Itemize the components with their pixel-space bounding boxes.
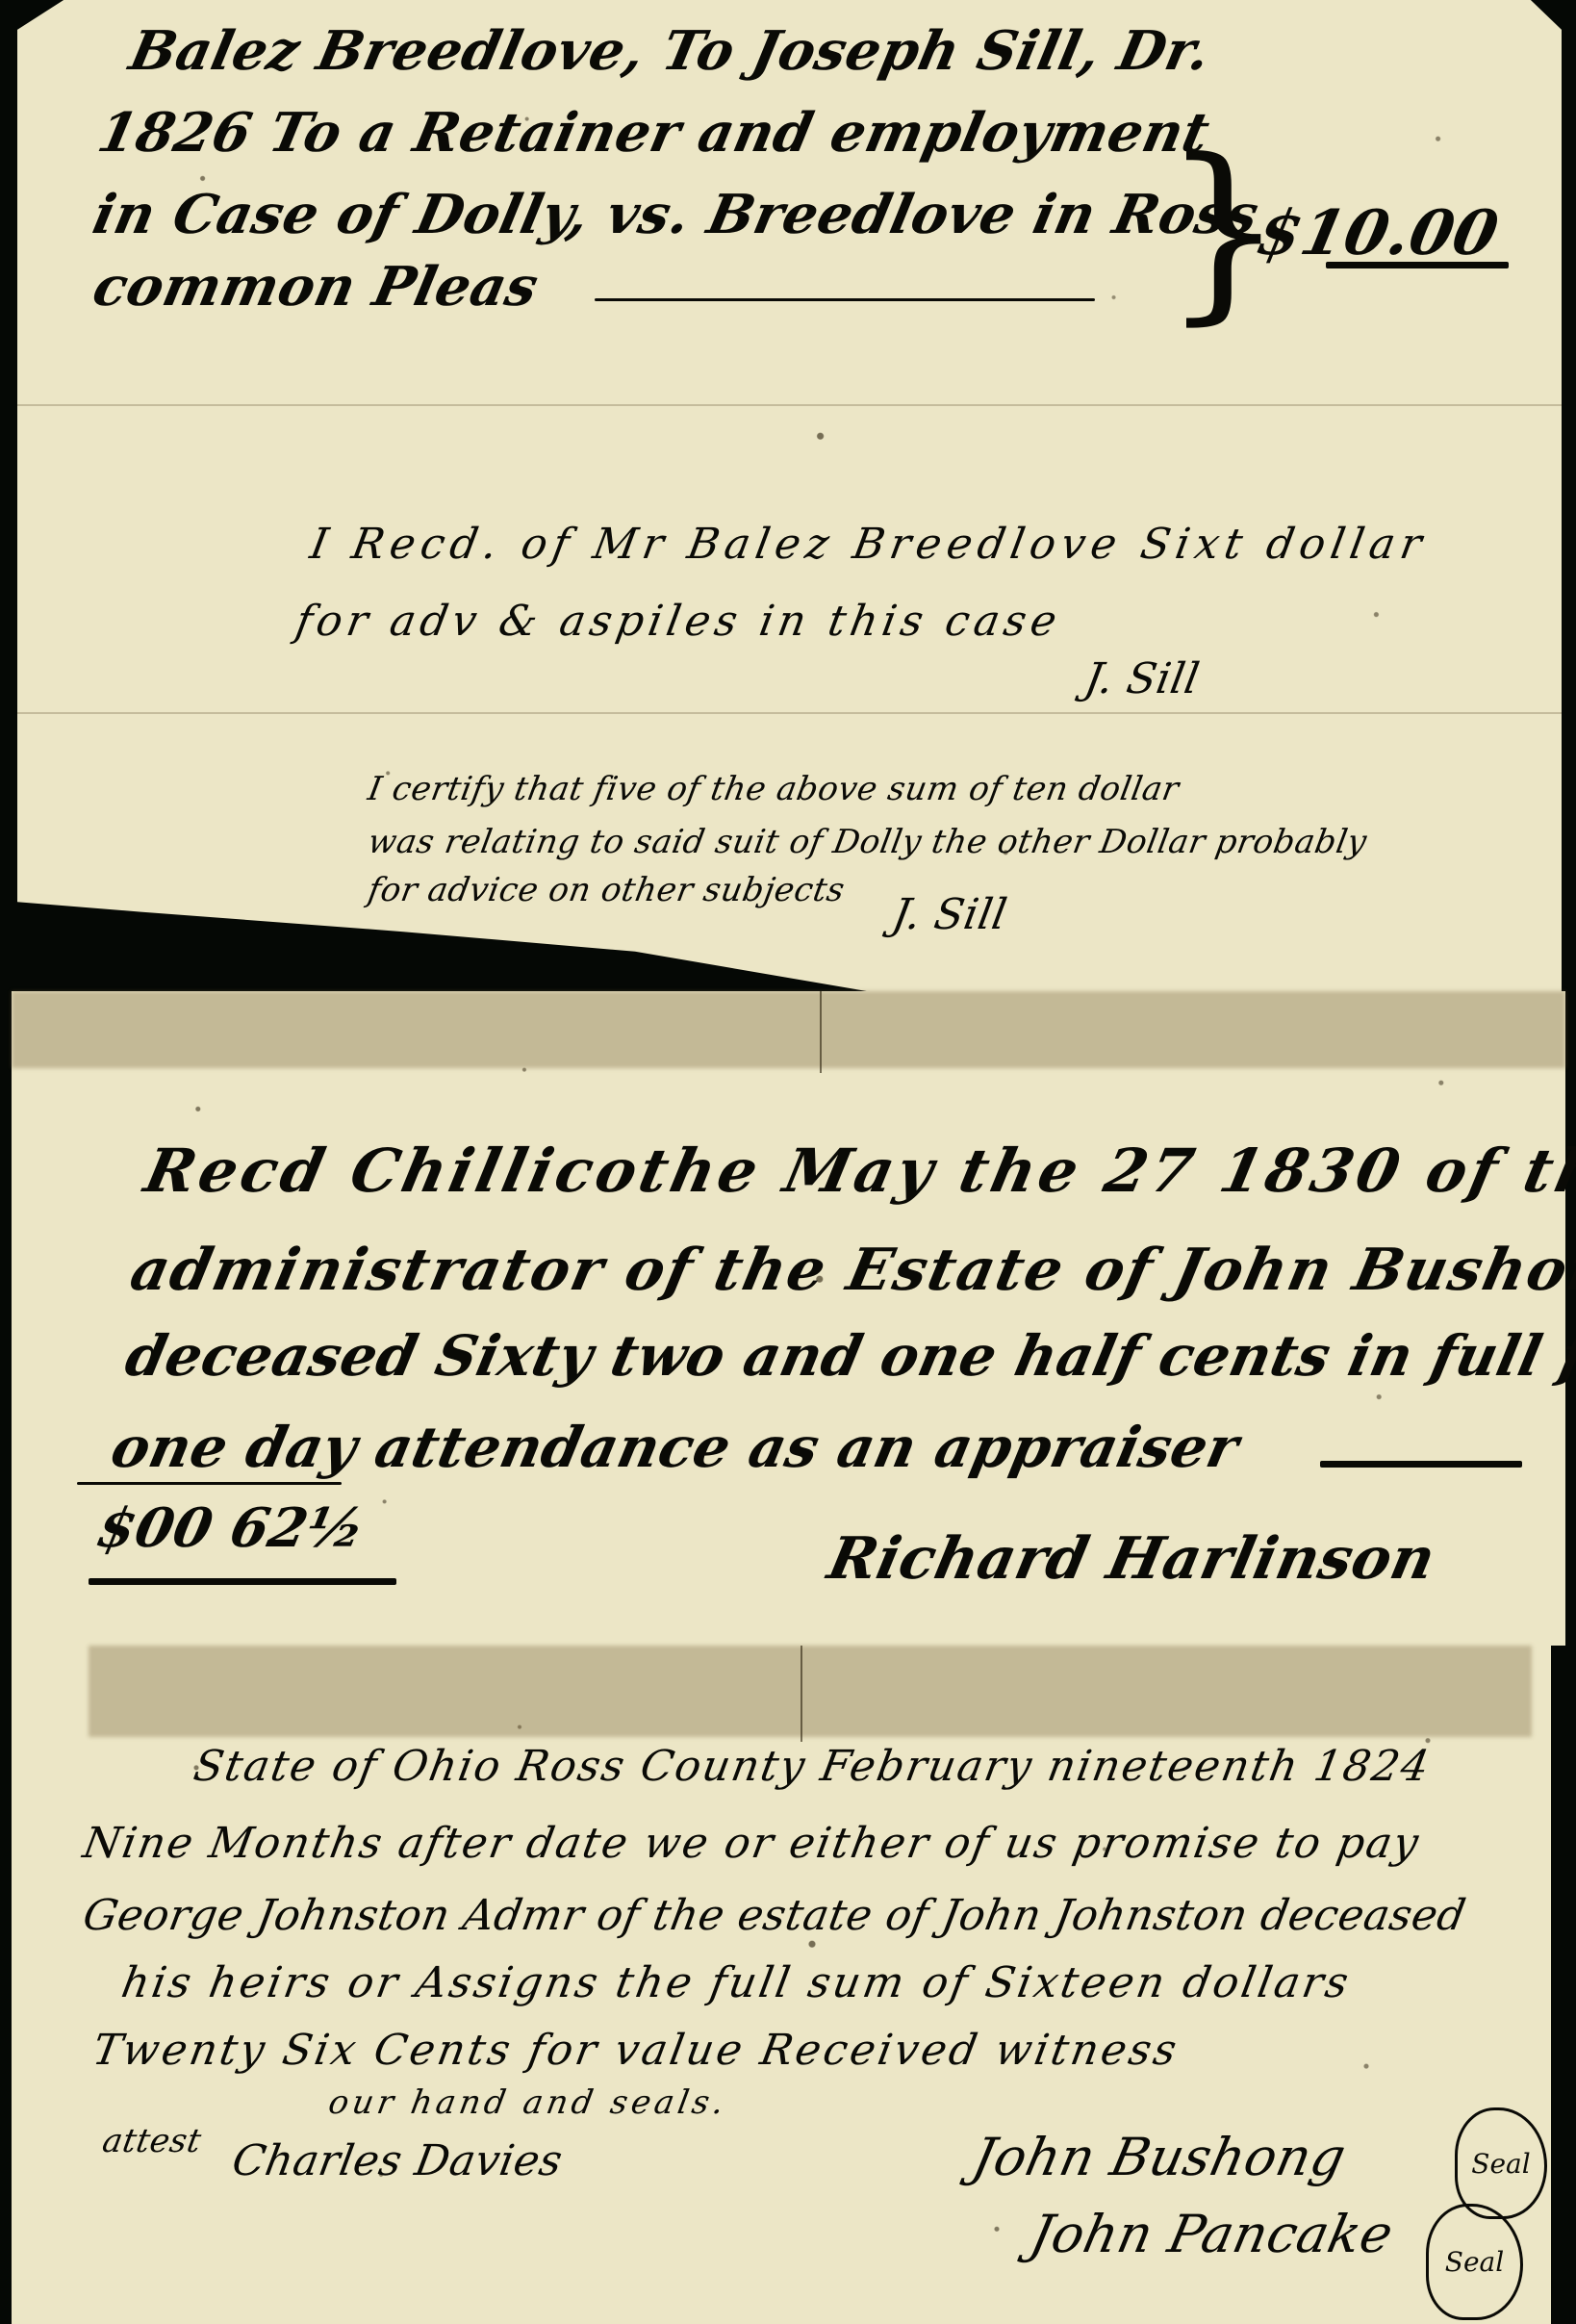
receipt-2-signature: Richard Harlinson [823, 1525, 1441, 1593]
certification-line-1: I certify that five of the above sum of … [365, 770, 1182, 808]
seal-mark-1: Seal [1455, 2107, 1547, 2219]
top-torn-edge-stain [89, 1646, 1532, 1737]
account-line-3: common Pleas [88, 255, 544, 319]
receipt-2-line-3: deceased Sixty two and one half cents in… [120, 1323, 1576, 1389]
acknowledgement-signature: J. Sill [1081, 654, 1204, 703]
seal-mark-2: Seal [1426, 2204, 1523, 2320]
amount-overline [77, 1482, 342, 1485]
note-line-4: Twenty Six Cents for value Received witn… [89, 2026, 1183, 2075]
certification-line-3: for advice on other subjects [365, 871, 848, 909]
note-line-1: Nine Months after date we or either of u… [80, 1819, 1424, 1868]
acknowledgement-line-1: I Recd. of Mr Balez Breedlove Sixt dolla… [307, 520, 1432, 569]
receipt-sheet-2: Recd Chillicothe May the 27 1830 of the … [12, 991, 1565, 1646]
note-header: State of Ohio Ross County February ninet… [191, 1742, 1435, 1791]
amount-underline-2 [89, 1578, 396, 1585]
promissory-note-sheet: State of Ohio Ross County February ninet… [12, 1646, 1551, 2324]
receipt-2-amount: $00 62½ [91, 1496, 370, 1560]
receipt-2-line-1: Recd Chillicothe May the 27 1830 of the [139, 1136, 1576, 1206]
note-line-5: our hand and seals. [325, 2083, 730, 2122]
witness-signature: Charles Davies [229, 2136, 567, 2185]
amount-underline [1326, 262, 1509, 268]
receipt-sheet-1: Balez Breedlove, To Joseph Sill, Dr. 182… [17, 0, 1562, 991]
upper-fold-stain [12, 991, 1565, 1068]
line-4-rule [1320, 1461, 1522, 1468]
receipt-2-line-2: administrator of the Estate of John Bush… [125, 1237, 1576, 1304]
account-line-rule [595, 298, 1095, 301]
account-line-2: in Case of Dolly, vs. Breedlove in Ross [88, 183, 1264, 246]
fold-crease [820, 991, 822, 1073]
attest-label: attest [99, 2122, 204, 2160]
account-line-1: 1826 To a Retainer and employment [92, 101, 1215, 165]
maker-signature-2: John Pancake [1025, 2204, 1398, 2264]
certification-signature: J. Sill [889, 890, 1011, 939]
note-line-2: George Johnston Admr of the estate of Jo… [80, 1891, 1470, 1940]
certification-line-2: was relating to said suit of Dolly the o… [365, 823, 1369, 861]
account-heading: Balez Breedlove, To Joseph Sill, Dr. [124, 19, 1216, 83]
amount-total: $10.00 [1251, 197, 1505, 269]
receipt-2-line-4: one day attendance as an appraiser [106, 1415, 1245, 1480]
note-line-3: his heirs or Assigns the full sum of Six… [118, 1958, 1356, 2007]
acknowledgement-line-2: for adv & aspiles in this case [292, 597, 1065, 646]
maker-signature-1: John Bushong [967, 2127, 1351, 2187]
fold-crease-3 [801, 1646, 802, 1742]
